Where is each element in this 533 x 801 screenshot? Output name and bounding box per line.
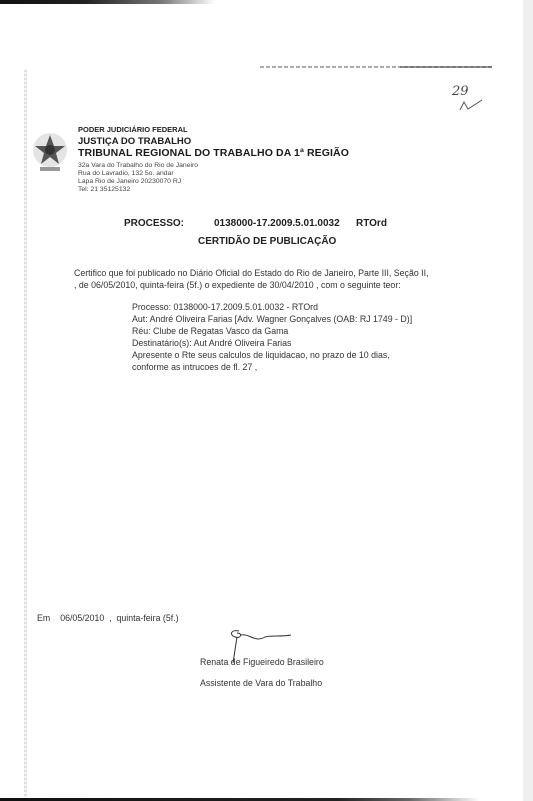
header-line1: PODER JUDICIÁRIO FEDERAL (78, 126, 349, 134)
teor-line: Destinatário(s): Aut André Oliveira Fari… (132, 337, 412, 349)
closing-date: 06/05/2010 , quinta-feira (5f.) (60, 613, 178, 623)
teor-line: Réu: Clube de Regatas Vasco da Gama (132, 325, 412, 337)
process-number: 0138000-17.2009.5.01.0032 (214, 218, 340, 229)
certificate-body: Certifico que foi publicado no Diário Of… (74, 267, 429, 291)
address-line: Lapa Rio de Janeiro 20230070 RJ (78, 178, 349, 186)
teor-line: conforme as intrucoes de fl. 27 , (132, 361, 412, 373)
scan-edge-top (0, 0, 215, 4)
signer-name: Renata de Figueiredo Brasileiro (200, 657, 324, 667)
coat-of-arms-icon (30, 130, 70, 175)
teor-line: Aut: André Oliveira Farias [Adv. Wagner … (132, 313, 412, 325)
address-line: Rua do Lavradio, 132 5o. andar (78, 170, 349, 178)
teor-line: Processo: 0138000-17.2009.5.01.0032 - RT… (132, 301, 412, 313)
address-line: Tel: 21 35125132 (78, 186, 349, 194)
header-address: 32a Vara do Trabalho do Rio de Janeiro R… (78, 162, 349, 194)
publication-content: Processo: 0138000-17.2009.5.01.0032 - RT… (132, 301, 412, 373)
process-type: RTOrd (356, 218, 387, 229)
scan-edge-right (523, 0, 533, 801)
body-line: Certifico que foi publicado no Diário Of… (74, 267, 429, 279)
process-label: PROCESSO: (124, 218, 184, 229)
handwritten-initial-icon (458, 96, 484, 112)
header-line2: JUSTIÇA DO TRABALHO (78, 137, 349, 147)
letterhead: PODER JUDICIÁRIO FEDERAL JUSTIÇA DO TRAB… (78, 126, 349, 194)
body-line: , de 06/05/2010, quinta-feira (5f.) o ex… (74, 279, 429, 291)
header-line3: TRIBUNAL REGIONAL DO TRABALHO DA 1ª REGI… (78, 148, 349, 159)
scan-edge-left (24, 70, 27, 800)
closing-date-line: Em06/05/2010 , quinta-feira (5f.) (37, 613, 179, 623)
address-line: 32a Vara do Trabalho do Rio de Janeiro (78, 162, 349, 170)
signer-role: Assistente de Vara do Trabalho (200, 678, 322, 688)
teor-line: Apresente o Rte seus calculos de liquida… (132, 349, 412, 361)
certificate-title: CERTIDÃO DE PUBLICAÇÃO (198, 236, 336, 247)
closing-prefix: Em (37, 613, 50, 623)
scan-rule-dark (400, 66, 492, 68)
